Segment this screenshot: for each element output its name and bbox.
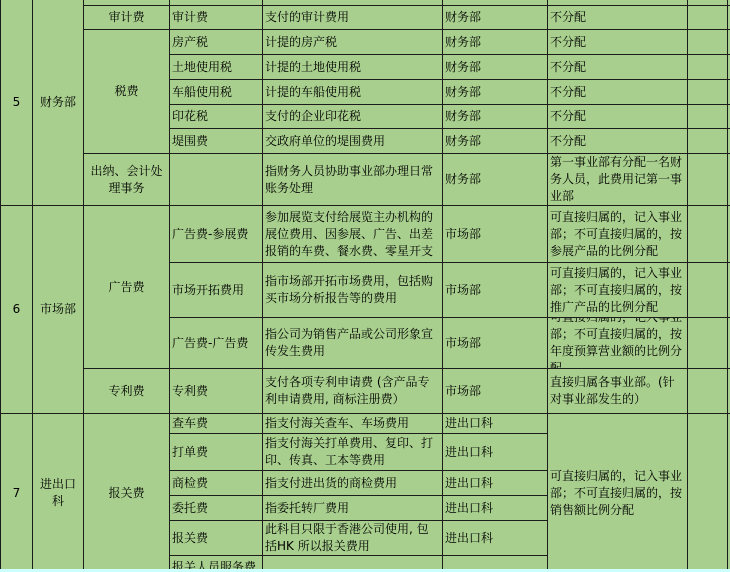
cell-allocation[interactable]: 直接归属各事业部。(针对事业部发生的） [548, 369, 687, 413]
spreadsheet-table: 5 财务部 审计费 税费 出纳、会计处理事务 审计费 房产税 土地使用税 车船使… [0, 0, 730, 572]
grid-line-h [169, 54, 730, 55]
cell-item[interactable]: 市场开拓费用 [170, 263, 262, 317]
cell-resp-dept[interactable]: 财务部 [443, 129, 547, 153]
cell-item[interactable]: 广告费-参展费 [170, 206, 262, 262]
cell-item[interactable]: 商检费 [170, 471, 262, 495]
cell-description[interactable]: 指市场部开拓市场费用，包括购买市场分析报告等的费用 [263, 263, 442, 317]
cell-resp-dept[interactable]: 市场部 [443, 318, 547, 368]
cell-resp-dept[interactable]: 市场部 [443, 369, 547, 413]
grid-line-v [727, 0, 728, 572]
grid-line-h [169, 262, 730, 263]
grid-line-v [442, 0, 443, 572]
cell-allocation[interactable]: 不分配 [548, 129, 687, 153]
grid-line-h [169, 79, 730, 80]
cell-allocation[interactable]: 不分配 [548, 6, 687, 29]
cell-item[interactable]: 报关费 [170, 521, 262, 555]
grid-line-h [169, 520, 547, 521]
cell-item[interactable]: 审计费 [170, 6, 262, 29]
cell-description[interactable]: 指支付海关打单费用、复印、打印、传真、工本等费用 [263, 434, 442, 470]
cell-allocation[interactable]: 可直接归属的，记入事业部；不可直接归属的，按年度预算营业额的比例分配。 [548, 318, 687, 368]
cell-category[interactable]: 广告费 [84, 206, 169, 368]
grid-line-v [687, 0, 688, 572]
cell-description[interactable]: 指委托转厂费用 [263, 496, 442, 520]
cell-description[interactable]: 计提的土地使用税 [263, 55, 442, 79]
grid-line-h [169, 317, 730, 318]
cell-department[interactable]: 进出口科 [33, 414, 83, 572]
cell-allocation[interactable]: 不分配 [548, 105, 687, 128]
cell-item[interactable]: 专利费 [170, 369, 262, 413]
grid-line-v [262, 0, 263, 572]
cell-item[interactable]: 查车费 [170, 414, 262, 433]
cell-description[interactable]: 计提的车船使用税 [263, 80, 442, 104]
cell-resp-dept[interactable]: 市场部 [443, 206, 547, 262]
cell-item[interactable]: 委托费 [170, 496, 262, 520]
cell-row-number[interactable]: 7 [1, 414, 32, 572]
cell-category[interactable]: 出纳、会计处理事务 [84, 154, 169, 205]
grid-line-h [0, 205, 730, 206]
cell-description[interactable]: 指财务人员协助事业部办理日常账务处理 [263, 154, 442, 205]
grid-line-h [83, 5, 730, 6]
cell-allocation[interactable]: 不分配 [548, 55, 687, 79]
cell-description[interactable]: 支付各项专利申请费 (含产品专利申请费用, 商标注册费） [263, 369, 442, 413]
cell-category[interactable]: 税费 [84, 30, 169, 153]
cell-description[interactable]: 交政府单位的堤围费用 [263, 129, 442, 153]
grid-line-h [169, 128, 730, 129]
cell-resp-dept[interactable]: 财务部 [443, 55, 547, 79]
cell-row-number[interactable]: 5 [1, 0, 32, 205]
grid-line-h [169, 433, 547, 434]
cell-description[interactable]: 支付的企业印花税 [263, 105, 442, 128]
cell-resp-dept[interactable]: 进出口科 [443, 496, 547, 520]
grid-line-h [169, 470, 547, 471]
cell-resp-dept[interactable]: 市场部 [443, 263, 547, 317]
cell-resp-dept[interactable]: 财务部 [443, 6, 547, 29]
grid-line-v [0, 0, 1, 572]
cell-description[interactable]: 指支付海关查车、车场费用 [263, 414, 442, 433]
cell-item[interactable]: 车船使用税 [170, 80, 262, 104]
cell-allocation[interactable]: 第一事业部有分配一名财务人员，此费用记第一事业部 [548, 154, 687, 205]
cell-row-number[interactable]: 6 [1, 206, 32, 413]
cell-department[interactable]: 市场部 [33, 206, 83, 413]
grid-line-h [83, 153, 730, 154]
cell-category[interactable]: 专利费 [84, 369, 169, 413]
cell-category[interactable]: 报关费 [84, 414, 169, 572]
cell-allocation[interactable]: 可直接归属的，记入事业部；不可直接归属的，按推广产品的比例分配 [548, 263, 687, 317]
cell-allocation[interactable]: 可直接归属的，记入事业部；不可直接归属的，按销售额比例分配 [548, 414, 687, 572]
cell-item[interactable]: 印花税 [170, 105, 262, 128]
cell-resp-dept[interactable]: 财务部 [443, 154, 547, 205]
cell-resp-dept[interactable]: 进出口科 [443, 471, 547, 495]
cell-resp-dept[interactable]: 财务部 [443, 80, 547, 104]
cell-description[interactable]: 此科目只限于香港公司使用, 包括HK 所以报关费用 [263, 521, 442, 555]
cell-resp-dept[interactable]: 进出口科 [443, 414, 547, 433]
cell-description[interactable]: 支付的审计费用 [263, 6, 442, 29]
cell-item[interactable]: 房产税 [170, 30, 262, 54]
grid-line-v [547, 0, 548, 572]
grid-line-v [169, 0, 170, 572]
cell-resp-dept[interactable]: 财务部 [443, 30, 547, 54]
grid-line-h [169, 555, 547, 556]
cell-resp-dept[interactable]: 进出口科 [443, 434, 547, 470]
cell-item[interactable]: 打单费 [170, 434, 262, 470]
cell-description[interactable]: 指公司为销售产品或公司形象宣传发生费用 [263, 318, 442, 368]
cell-description[interactable]: 指支付进出货的商检费用 [263, 471, 442, 495]
cell-department[interactable]: 财务部 [33, 0, 83, 205]
cell-allocation[interactable]: 不分配 [548, 80, 687, 104]
cell-allocation[interactable]: 不分配 [548, 30, 687, 54]
grid-line-h [169, 495, 547, 496]
cell-item[interactable]: 堤围费 [170, 129, 262, 153]
cell-resp-dept[interactable]: 财务部 [443, 105, 547, 128]
cell-description[interactable]: 参加展览支付给展览主办机构的展位费用、因参展、广告、出差报销的车费、餐水费、零星… [263, 206, 442, 262]
grid-line-h [83, 29, 730, 30]
cell-item[interactable]: 广告费-广告费 [170, 318, 262, 368]
cell-allocation[interactable]: 可直接归属的，记入事业部；不可直接归属的，按参展产品的比例分配 [548, 206, 687, 262]
cell-category[interactable]: 审计费 [84, 6, 169, 29]
grid-line-h [83, 368, 730, 369]
cell-item[interactable]: 土地使用税 [170, 55, 262, 79]
cell-description[interactable]: 计提的房产税 [263, 30, 442, 54]
grid-line-v [32, 0, 33, 572]
grid-line-h [0, 413, 730, 414]
grid-line-h [169, 104, 730, 105]
grid-line-v [83, 0, 84, 572]
cell-resp-dept[interactable]: 进出口科 [443, 521, 547, 555]
